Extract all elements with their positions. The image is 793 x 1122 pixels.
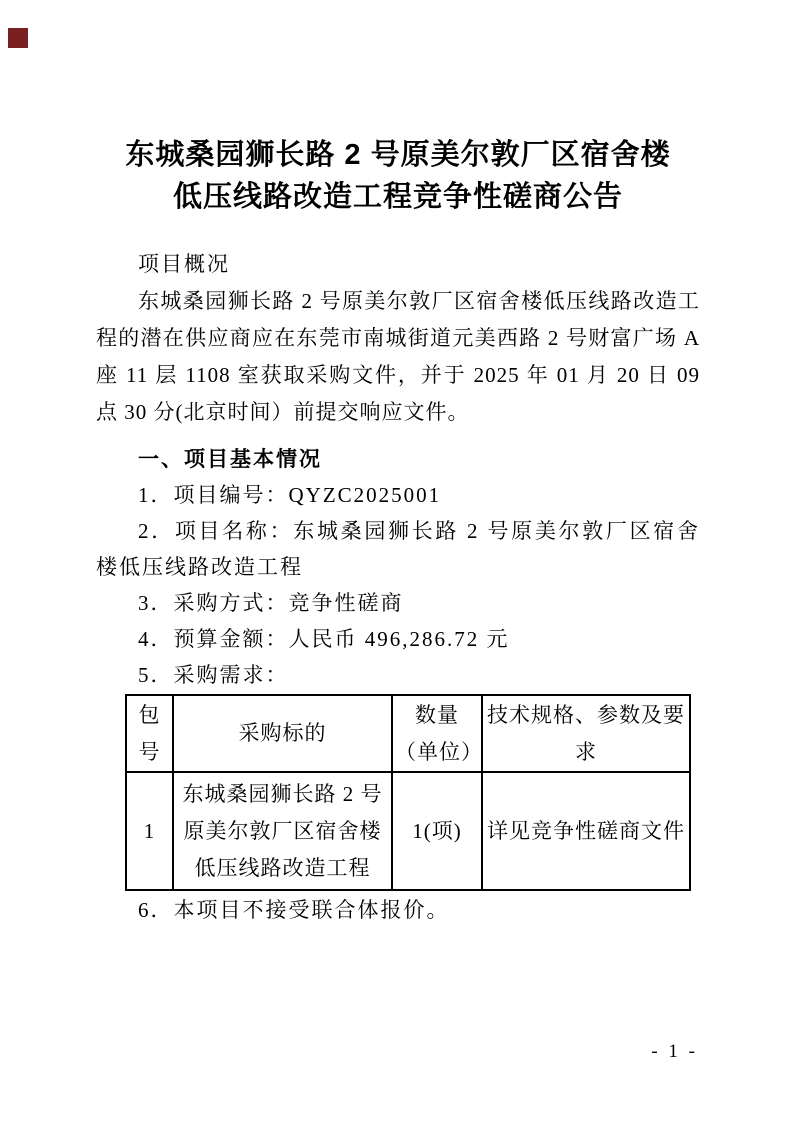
header-procurement-subject: 采购标的 [173, 695, 392, 772]
procurement-requirements-table: 包号 采购标的 数量（单位） 技术规格、参数及要求 1 东城桑园狮长路 2 号原… [125, 694, 691, 891]
document-title: 东城桑园狮长路 2 号原美尔敦厂区宿舍楼 低压线路改造工程竞争性磋商公告 [96, 134, 700, 218]
header-package-number: 包号 [126, 695, 173, 772]
header-quantity-unit: 数量（单位） [392, 695, 482, 772]
item-procurement-requirements: 5．采购需求： [96, 657, 700, 693]
table-row: 1 东城桑园狮长路 2 号原美尔敦厂区宿舍楼低压线路改造工程 1(项) 详见竞争… [126, 772, 690, 890]
document-body: 东城桑园狮长路 2 号原美尔敦厂区宿舍楼 低压线路改造工程竞争性磋商公告 项目概… [0, 134, 793, 928]
item-procurement-method: 3．采购方式：竞争性磋商 [96, 585, 700, 621]
overview-heading: 项目概况 [96, 246, 700, 283]
corner-marker [8, 28, 28, 48]
item-project-number: 1．项目编号：QYZC2025001 [96, 477, 700, 513]
item-no-consortium: 6．本项目不接受联合体报价。 [96, 892, 700, 928]
table-header-row: 包号 采购标的 数量（单位） 技术规格、参数及要求 [126, 695, 690, 772]
cell-package-number: 1 [126, 772, 173, 890]
document-page: 东城桑园狮长路 2 号原美尔敦厂区宿舍楼 低压线路改造工程竞争性磋商公告 项目概… [0, 0, 793, 1122]
cell-quantity-unit: 1(项) [392, 772, 482, 890]
cell-tech-spec: 详见竞争性磋商文件 [482, 772, 690, 890]
overview-paragraph: 东城桑园狮长路 2 号原美尔敦厂区宿舍楼低压线路改造工程的潜在供应商应在东莞市南… [96, 283, 700, 431]
page-number: - 1 - [651, 1040, 698, 1064]
item-project-name: 2．项目名称：东城桑园狮长路 2 号原美尔敦厂区宿舍楼低压线路改造工程 [96, 513, 700, 585]
section-1-heading: 一、项目基本情况 [96, 441, 700, 477]
cell-procurement-subject: 东城桑园狮长路 2 号原美尔敦厂区宿舍楼低压线路改造工程 [173, 772, 392, 890]
item-budget-amount: 4．预算金额：人民币 496,286.72 元 [96, 621, 700, 657]
title-line-2: 低压线路改造工程竞争性磋商公告 [96, 176, 700, 218]
title-line-1: 东城桑园狮长路 2 号原美尔敦厂区宿舍楼 [96, 134, 700, 176]
header-tech-spec: 技术规格、参数及要求 [482, 695, 690, 772]
